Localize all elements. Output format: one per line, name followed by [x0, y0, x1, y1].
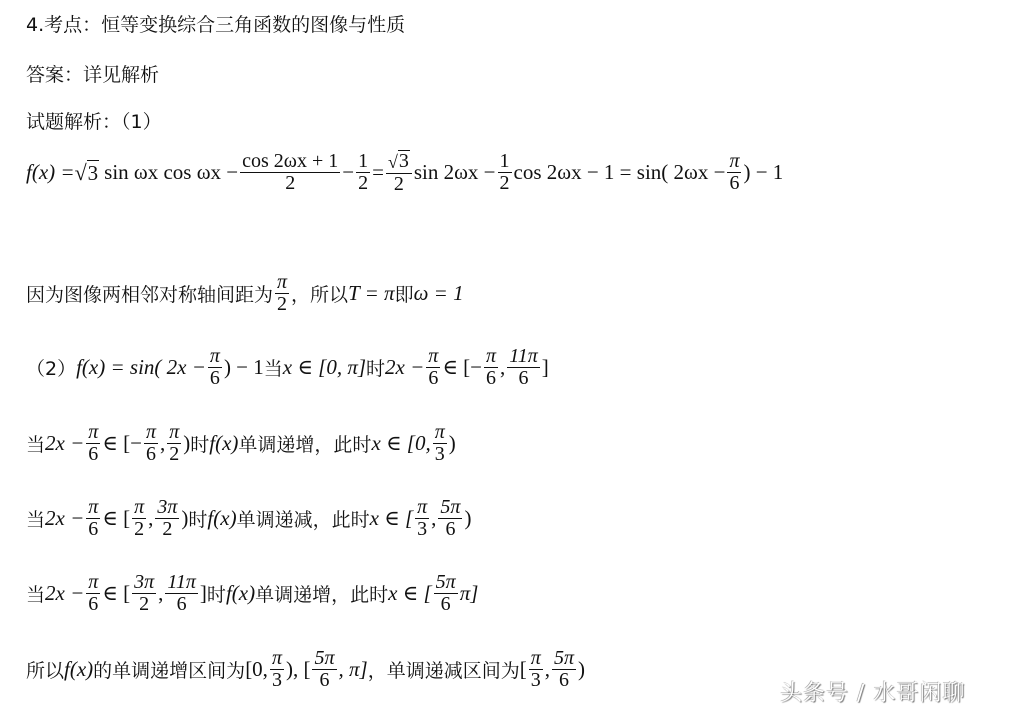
math: , π] — [339, 657, 368, 682]
watermark: 头条号 / 水哥闲聊 — [780, 676, 965, 707]
equation-simplification: f(x) = √3 sin ωx cos ωx − cos 2ωx + 12 −… — [26, 150, 783, 195]
math: , — [500, 355, 505, 380]
conclusion-line: 所以 f(x) 的单调递增区间为 [0, π3 ), [ 5π6 , π] ，单… — [26, 648, 585, 691]
math: f(x) = sin( 2x − — [76, 355, 206, 380]
text: ，单调递减区间为 — [368, 656, 520, 683]
fraction: 11π6 — [507, 346, 540, 389]
text: ，所以 — [291, 280, 348, 307]
fraction: π6 — [86, 497, 100, 540]
math: ) — [183, 431, 190, 456]
math: ) − 1 — [224, 355, 264, 380]
fraction: 11π6 — [165, 572, 198, 615]
math: ) — [449, 431, 456, 456]
text: 因为图像两相邻对称轴间距为 — [26, 280, 273, 307]
decreasing-case: 当 2x − π6 ∈ [ π2 , 3π2 ) 时 f(x) 单调递减，此时 … — [26, 497, 471, 540]
math: 2x − — [385, 355, 424, 380]
math: , — [148, 506, 153, 531]
math: ω = 1 — [414, 281, 464, 306]
text: 当 — [26, 505, 45, 532]
math: ] — [542, 355, 549, 380]
text: 的单调递增区间为 — [93, 656, 245, 683]
fraction: π6 — [86, 422, 100, 465]
math: f(x) — [209, 431, 238, 456]
text: 即 — [395, 280, 414, 307]
text: 时 — [188, 505, 207, 532]
solution-heading-text: 试题解析：（1） — [26, 107, 162, 134]
fraction: 5π6 — [552, 648, 576, 691]
text: （2） — [26, 354, 76, 381]
eq-term: sin 2ωx − — [414, 160, 496, 185]
fraction: π3 — [529, 648, 543, 691]
text: 所以 — [26, 656, 64, 683]
exam-point-text: 4.考点：恒等变换综合三角函数的图像与性质 — [26, 10, 405, 37]
period-reasoning-line: 因为图像两相邻对称轴间距为 π2 ，所以 T = π 即 ω = 1 — [26, 272, 464, 315]
math: ) — [181, 506, 188, 531]
increasing-case-2: 当 2x − π6 ∈ [ 3π2 , 11π6 ] 时 f(x) 单调递增，此… — [26, 572, 478, 615]
fraction: π6 — [484, 346, 498, 389]
math: ) — [464, 506, 471, 531]
fraction: 12 — [498, 151, 512, 194]
math: ∈ [ — [102, 581, 130, 606]
math: ∈ [− — [102, 431, 142, 456]
math: , — [160, 431, 165, 456]
fraction: cos 2ωx + 12 — [240, 151, 340, 194]
fraction: 5π6 — [312, 648, 336, 691]
math: x ∈ [0, — [371, 431, 430, 456]
text: 单调递增，此时 — [255, 580, 388, 607]
math: 2x − — [45, 581, 84, 606]
math: ∈ [ — [102, 506, 130, 531]
increasing-case-1: 当 2x − π6 ∈ [− π6 , π2 ) 时 f(x) 单调递增，此时 … — [26, 422, 456, 465]
eq-term: ) − 1 — [743, 160, 783, 185]
fraction: π6 — [727, 151, 741, 194]
math: , — [431, 506, 436, 531]
fraction: 12 — [356, 151, 370, 194]
math: , — [545, 657, 550, 682]
math: [0, — [245, 657, 268, 682]
math: ), [ — [286, 657, 311, 682]
text: 时 — [190, 430, 209, 457]
math: x ∈ [ — [388, 581, 432, 606]
solution-heading: 试题解析：（1） — [26, 107, 162, 134]
eq-term: = — [372, 160, 384, 185]
math: ] — [200, 581, 207, 606]
text: 当 — [264, 354, 283, 381]
text: 时 — [207, 580, 226, 607]
exam-point-heading: 4.考点：恒等变换综合三角函数的图像与性质 — [26, 10, 405, 37]
fraction: √32 — [386, 150, 412, 195]
text: 单调递增，此时 — [238, 430, 371, 457]
text: 时 — [366, 354, 385, 381]
math: ∈ [− — [442, 355, 482, 380]
eq-term: sin ωx cos ωx − — [104, 160, 238, 185]
fraction: π3 — [433, 422, 447, 465]
fraction: π2 — [132, 497, 146, 540]
fraction: π3 — [415, 497, 429, 540]
fraction: π6 — [426, 346, 440, 389]
answer-line: 答案：详见解析 — [26, 60, 159, 87]
fraction: π3 — [270, 648, 284, 691]
eq-lhs: f(x) = — [26, 160, 75, 185]
math: T = π — [348, 281, 395, 306]
fraction: π6 — [86, 572, 100, 615]
math: f(x) — [226, 581, 255, 606]
math: 2x − — [45, 431, 84, 456]
fraction: 5π6 — [438, 497, 462, 540]
math: 2x − — [45, 506, 84, 531]
math: f(x) — [64, 657, 93, 682]
math: x ∈ [0, π] — [283, 355, 366, 380]
text: 当 — [26, 580, 45, 607]
fraction: 5π6 — [434, 572, 458, 615]
fraction: π2 — [275, 272, 289, 315]
eq-term: cos 2ωx − 1 = sin( 2ωx − — [514, 160, 726, 185]
math: f(x) — [207, 506, 236, 531]
fraction: 3π2 — [132, 572, 156, 615]
math: , — [158, 581, 163, 606]
fraction: 3π2 — [155, 497, 179, 540]
fraction: π6 — [144, 422, 158, 465]
fraction: π2 — [167, 422, 181, 465]
eq-term: − — [342, 160, 354, 185]
fraction: π6 — [208, 346, 222, 389]
math: π] — [460, 581, 479, 606]
part2-range-line: （2） f(x) = sin( 2x − π6 ) − 1 当 x ∈ [0, … — [26, 346, 549, 389]
math: x ∈ [ — [370, 506, 414, 531]
text: 单调递减，此时 — [237, 505, 370, 532]
text: 当 — [26, 430, 45, 457]
answer-text: 答案：详见解析 — [26, 60, 159, 87]
math: ) — [578, 657, 585, 682]
math: [ — [520, 657, 527, 682]
sqrt-3: √3 — [75, 160, 100, 186]
